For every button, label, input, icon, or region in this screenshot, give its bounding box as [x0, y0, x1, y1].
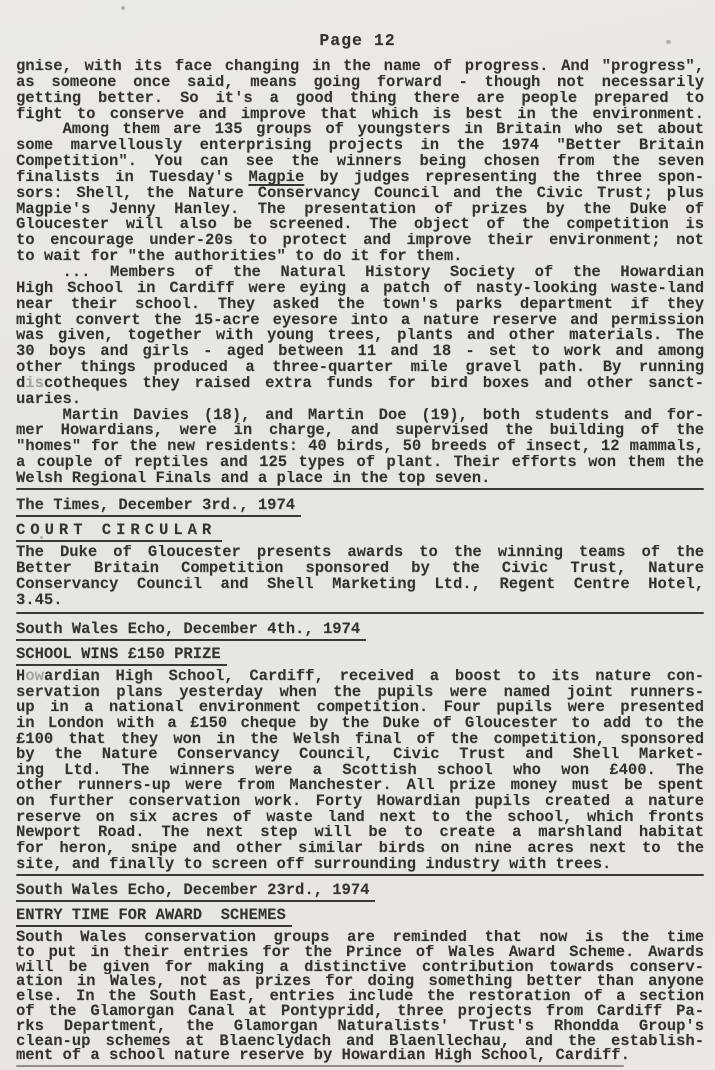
text-line: Martin Davies (18), and Martin Doe (19),… [16, 408, 704, 424]
text-line: as someone once said, means going forwar… [16, 75, 704, 91]
text-line: Newport Road. The next step will be to c… [16, 825, 704, 841]
paragraph: gnise, with its face changing in the nam… [16, 59, 704, 122]
text-line: The Duke of Gloucester presents awards t… [16, 545, 704, 561]
section-school-wins-prize: South Wales Echo, December 4th., 1974 SC… [16, 620, 704, 872]
text-line: other runners-up were from Manchester. A… [16, 778, 704, 794]
text-line: finalists in Tuesday's Magpie by judges … [16, 170, 704, 186]
text-line: reserve on six acres of waste land next … [16, 810, 704, 826]
page-bottom-rule [16, 1065, 624, 1067]
intro-text-block: gnise, with its face changing in the nam… [16, 59, 704, 487]
text-line: servation plans yesterday when the pupil… [16, 685, 704, 701]
text-line: up in a national environment competition… [16, 700, 704, 716]
text-line: to wait for "the authorities" to do it f… [16, 249, 704, 265]
text-line: fight to conserve and improve that which… [16, 107, 704, 123]
scan-speck [666, 40, 671, 44]
scan-speck [40, 536, 43, 539]
paragraph: Among them are 135 groups of youngsters … [16, 122, 704, 265]
source-heading-line: The Times, December 3rd., 1974 [16, 496, 704, 521]
text-line: some marvellously enterprising projects … [16, 138, 704, 154]
source-heading: The Times, December 3rd., 1974 [16, 496, 301, 517]
text-line: Competition". You can see the winners be… [16, 154, 704, 170]
text-line: ment of a school nature reserve by Howar… [16, 1048, 704, 1063]
text-line: near their school. They asked the town's… [16, 297, 704, 313]
text-line: South Wales conservation groups are remi… [16, 930, 704, 945]
source-heading: South Wales Echo, December 4th., 1974 [16, 620, 366, 641]
text-line: site, and finally to screen off surround… [16, 857, 704, 873]
text-line: 3.45. [16, 593, 704, 609]
text-line: Howardian High School, Cardiff, received… [16, 669, 704, 685]
text-line: 30 boys and girls - aged between 11 and … [16, 344, 704, 360]
section-divider [16, 612, 704, 614]
text-line: to encourage under-20s to protect and im… [16, 233, 704, 249]
headline-line: ENTRY TIME FOR AWARD SCHEMES [16, 906, 704, 930]
section-paragraph: South Wales conservation groups are remi… [16, 930, 704, 1063]
text-line: for heron, snipe and other similar birds… [16, 841, 704, 857]
text-line: ... Members of the Natural History Socie… [16, 265, 704, 281]
section-divider [16, 874, 704, 876]
text-line: was given, together with young trees, pl… [16, 328, 704, 344]
text-line: discotheques they raised extra funds for… [16, 376, 704, 392]
text-line: getting better. So it's a good thing the… [16, 91, 704, 107]
text-line: Magpie's Jenny Hanley. The presentation … [16, 202, 704, 218]
text-line: Conservancy Council and Shell Marketing … [16, 577, 704, 593]
text-line: "homes" for the new residents: 40 birds,… [16, 439, 704, 455]
scan-speck [121, 6, 125, 10]
text-line: sors: Shell, the Nature Conservancy Coun… [16, 186, 704, 202]
page-number: Page 12 [0, 31, 715, 50]
section-headline: SCHOOL WINS £150 PRIZE [16, 645, 227, 666]
source-heading: South Wales Echo, December 23rd., 1974 [16, 881, 375, 902]
source-heading-line: South Wales Echo, December 4th., 1974 [16, 620, 704, 645]
text-line: Among them are 135 groups of youngsters … [16, 122, 704, 138]
text-line: Better Britain Competition sponsored by … [16, 561, 704, 577]
text-line: a couple of reptiles and 125 types of pl… [16, 455, 704, 471]
text-line: rks Department, the Glamorgan Naturalist… [16, 1019, 704, 1034]
text-line: ing Ltd. The winners were a Scottish sch… [16, 763, 704, 779]
scanned-typewritten-page: { "page": { "number_label": "Page 12" },… [0, 0, 715, 1070]
headline-line: SCHOOL WINS £150 PRIZE [16, 645, 704, 669]
source-heading-line: South Wales Echo, December 23rd., 1974 [16, 881, 704, 906]
text-line: gnise, with its face changing in the nam… [16, 59, 704, 75]
text-line: Welsh Regional Finals and a place in the… [16, 471, 704, 487]
section-paragraph: Howardian High School, Cardiff, received… [16, 669, 704, 872]
text-line: will be given for making a distinctive c… [16, 960, 704, 975]
headline-line: COURT CIRCULAR [16, 521, 704, 545]
text-line: High School in Cardiff were eying a patc… [16, 281, 704, 297]
text-line: mer Howardians, were in charge, and supe… [16, 423, 704, 439]
paragraph: Martin Davies (18), and Martin Doe (19),… [16, 408, 704, 487]
text-line: on further conservation work. Forty Howa… [16, 794, 704, 810]
text-line: clean-up schemes at Blaenclydach and Bla… [16, 1034, 704, 1049]
section-divider [16, 488, 704, 490]
text-line: of the Glamorgan Canal at Pontypridd, th… [16, 1004, 704, 1019]
text-line: Gloucester will also be screened. The ob… [16, 217, 704, 233]
paragraph: ... Members of the Natural History Socie… [16, 265, 704, 408]
section-headline: ENTRY TIME FOR AWARD SCHEMES [16, 906, 292, 927]
text-line: else. In the South East, entries include… [16, 989, 704, 1004]
text-line: uaries. [16, 392, 704, 408]
text-line: by the Nature Conservancy Council, Civic… [16, 747, 704, 763]
text-line: £100 that they won in the Welsh final of… [16, 732, 704, 748]
text-line: other things produced a three-quarter mi… [16, 360, 704, 376]
text-line: ation in Wales, not as prizes for doing … [16, 974, 704, 989]
section-paragraph: The Duke of Gloucester presents awards t… [16, 545, 704, 609]
section-headline: COURT CIRCULAR [16, 521, 222, 542]
text-line: might convert the 15-acre eyesore into a… [16, 313, 704, 329]
section-court-circular: The Times, December 3rd., 1974 COURT CIR… [16, 496, 704, 609]
text-line: to put in their entries for the Prince o… [16, 945, 704, 960]
text-line: in London with a £150 cheque by the Duke… [16, 716, 704, 732]
section-entry-time-award-schemes: South Wales Echo, December 23rd., 1974 E… [16, 881, 704, 1063]
